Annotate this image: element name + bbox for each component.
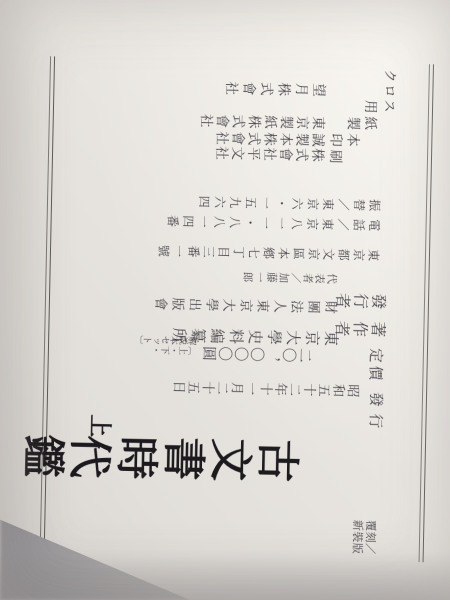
edition-note: 覆刻／ 新裝版 — [350, 520, 376, 555]
publisher-representative: 代表者／加藤一郎 — [241, 270, 337, 283]
publisher-label: 發行者 — [333, 291, 387, 308]
publisher-phone: 電話／東京八一一・八八一四番 — [164, 214, 381, 231]
author-label: 著作者 — [332, 319, 386, 336]
edition-note-line2: 新裝版 — [351, 520, 365, 555]
publisher-address: 東京都文京區本鄕七丁目三番一號 — [155, 244, 380, 261]
production-item-label-printing: 印刷 — [328, 133, 343, 166]
price-label: 定價 — [366, 348, 382, 383]
publisher-name: 財團法人東京大學出版會 — [151, 294, 338, 312]
edition-note-line1: 覆刻／ — [364, 520, 378, 555]
issue-label: 發行 — [366, 392, 382, 435]
book-title: 古文書時代鑑 — [18, 429, 301, 480]
bottom-rule — [40, 56, 55, 554]
production-item-name-binding: 誠製本株式會社 — [213, 129, 325, 146]
production-item-label-cloth: クロス — [381, 69, 396, 114]
volume-label: 上 — [87, 414, 112, 438]
production-item-label-paper: 用紙 — [362, 100, 377, 133]
production-item-label-binding: 製本 — [345, 116, 360, 149]
book-colophon-photo: 覆刻／ 新裝版 古文書時代鑑 上 發行 昭和五十二年十一月二十五日 定價 二〇，… — [0, 0, 450, 600]
production-item-name-paper: 東京製紙株式會社 — [198, 111, 326, 128]
colophon-page: 覆刻／ 新裝版 古文書時代鑑 上 發行 昭和五十二年十一月二十五日 定價 二〇，… — [0, 0, 450, 600]
price-set-note-first: 〔上・下・ — [134, 343, 197, 354]
bottom-edge-shadow — [0, 552, 450, 600]
production-item-name-cloth: 望月株式會社 — [221, 79, 326, 95]
issue-date: 昭和五十二年十一月二十五日 — [172, 378, 361, 396]
author-name: 東京大學史料編纂所 — [168, 326, 339, 345]
production-item-name-printing: 株式會社平文社 — [213, 144, 325, 161]
publisher-postal: 振替／東京六・一五九六四 — [195, 194, 381, 210]
top-rule — [419, 64, 434, 562]
